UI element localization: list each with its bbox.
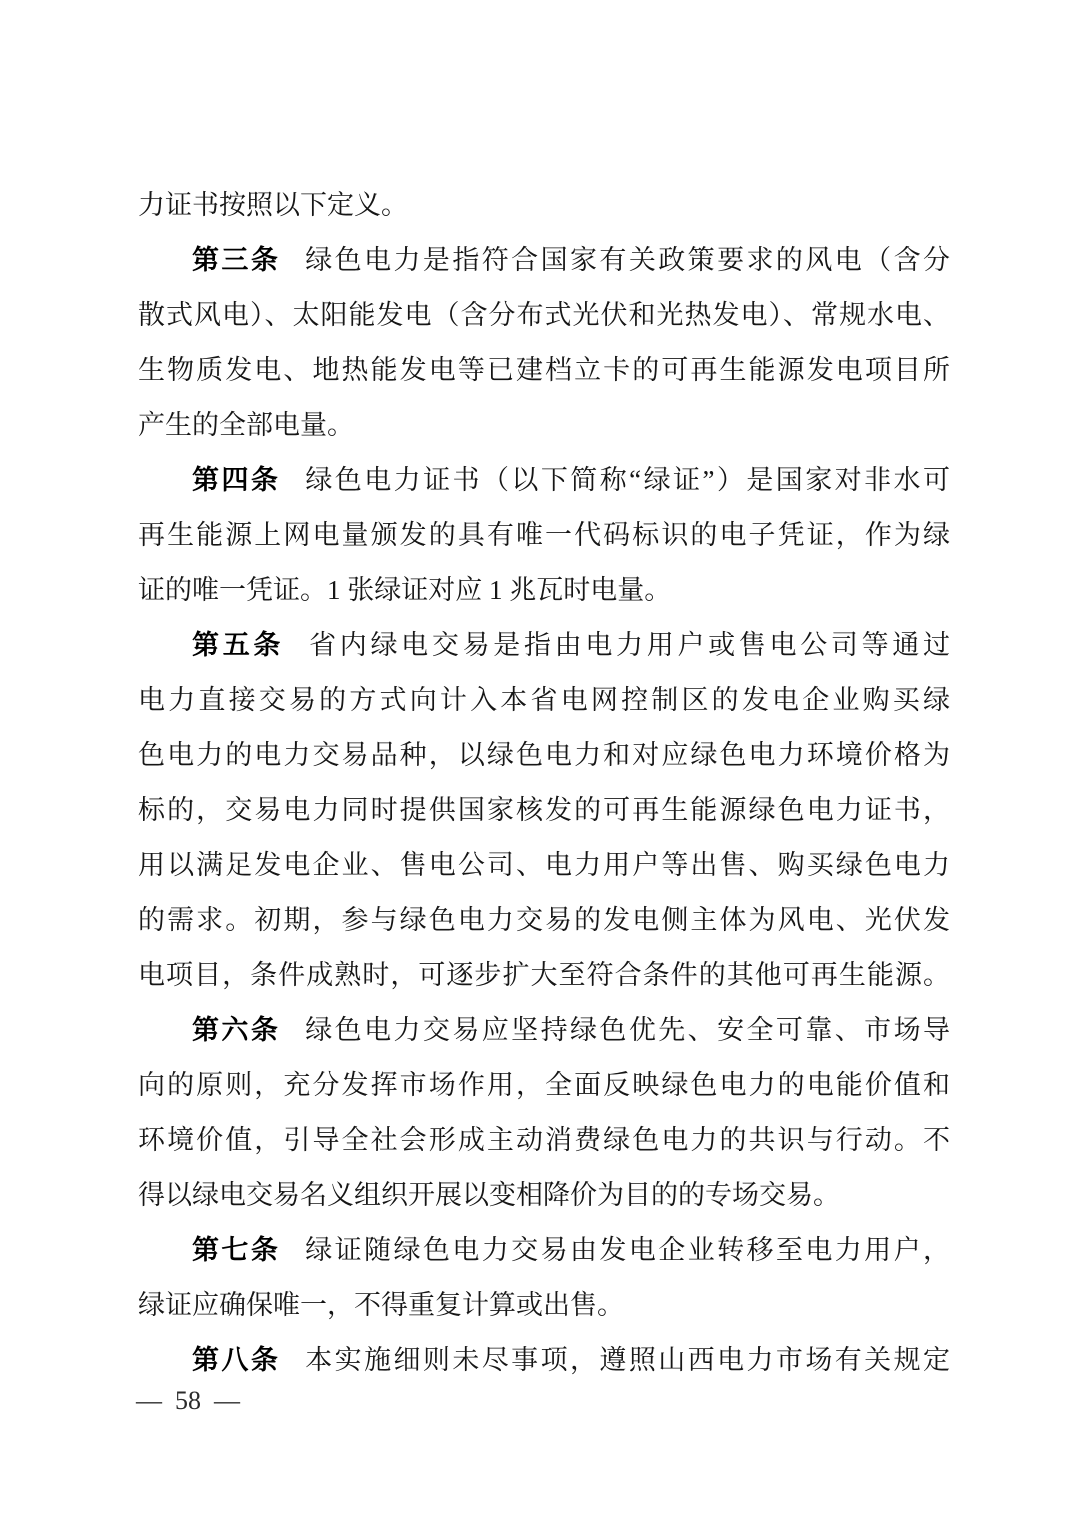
line-text: 绿证随绿色电力交易由发电企业转移至电力用户， bbox=[305, 1235, 950, 1265]
document-line: 第三条绿色电力是指符合国家有关政策要求的风电（含分 bbox=[138, 233, 950, 288]
line-text: 散式风电）、太阳能发电（含分布式光伏和光热发电）、常规水电、 bbox=[138, 300, 950, 330]
document-line: 环境价值，引导全社会形成主动消费绿色电力的共识与行动。不 bbox=[138, 1113, 950, 1168]
line-text: 用以满足发电企业、售电公司、电力用户等出售、购买绿色电力 bbox=[138, 850, 950, 880]
document-line: 的需求。初期，参与绿色电力交易的发电侧主体为风电、光伏发 bbox=[138, 893, 950, 948]
article-number: 第六条 bbox=[192, 1015, 280, 1045]
document-line: 产生的全部电量。 bbox=[138, 398, 950, 453]
line-text: 力证书按照以下定义。 bbox=[138, 190, 408, 220]
document-line: 用以满足发电企业、售电公司、电力用户等出售、购买绿色电力 bbox=[138, 838, 950, 893]
line-text: 再生能源上网电量颁发的具有唯一代码标识的电子凭证，作为绿 bbox=[138, 520, 950, 550]
line-text: 证的唯一凭证。1 张绿证对应 1 兆瓦时电量。 bbox=[138, 575, 671, 605]
document-line: 第五条省内绿电交易是指由电力用户或售电公司等通过 bbox=[138, 618, 950, 673]
line-text: 得以绿电交易名义组织开展以变相降价为目的的专场交易。 bbox=[138, 1180, 840, 1210]
article-number: 第四条 bbox=[192, 465, 280, 495]
document-line: 标的，交易电力同时提供国家核发的可再生能源绿色电力证书， bbox=[138, 783, 950, 838]
line-text: 省内绿电交易是指由电力用户或售电公司等通过 bbox=[309, 630, 950, 660]
line-text: 绿色电力交易应坚持绿色优先、安全可靠、市场导 bbox=[305, 1015, 950, 1045]
line-text: 色电力的电力交易品种，以绿色电力和对应绿色电力环境价格为 bbox=[138, 740, 950, 770]
document-line: 色电力的电力交易品种，以绿色电力和对应绿色电力环境价格为 bbox=[138, 728, 950, 783]
document-line: 第六条绿色电力交易应坚持绿色优先、安全可靠、市场导 bbox=[138, 1003, 950, 1058]
line-text: 绿色电力是指符合国家有关政策要求的风电（含分 bbox=[305, 245, 950, 275]
document-line: 第七条绿证随绿色电力交易由发电企业转移至电力用户， bbox=[138, 1223, 950, 1278]
line-text: 环境价值，引导全社会形成主动消费绿色电力的共识与行动。不 bbox=[138, 1125, 950, 1155]
line-text: 产生的全部电量。 bbox=[138, 410, 354, 440]
line-text: 电力直接交易的方式向计入本省电网控制区的发电企业购买绿 bbox=[138, 685, 950, 715]
document-body: 力证书按照以下定义。第三条绿色电力是指符合国家有关政策要求的风电（含分散式风电）… bbox=[138, 178, 950, 1388]
document-line: 生物质发电、地热能发电等已建档立卡的可再生能源发电项目所 bbox=[138, 343, 950, 398]
footer-dash-right: — bbox=[214, 1386, 240, 1415]
article-number: 第三条 bbox=[192, 245, 280, 275]
footer-dash-left: — bbox=[136, 1386, 162, 1415]
line-text: 生物质发电、地热能发电等已建档立卡的可再生能源发电项目所 bbox=[138, 355, 950, 385]
document-line: 得以绿电交易名义组织开展以变相降价为目的的专场交易。 bbox=[138, 1168, 950, 1223]
document-line: 再生能源上网电量颁发的具有唯一代码标识的电子凭证，作为绿 bbox=[138, 508, 950, 563]
line-text: 的需求。初期，参与绿色电力交易的发电侧主体为风电、光伏发 bbox=[138, 905, 950, 935]
article-number: 第八条 bbox=[192, 1345, 280, 1375]
line-text: 电项目，条件成熟时，可逐步扩大至符合条件的其他可再生能源。 bbox=[138, 960, 950, 990]
document-line: 向的原则，充分发挥市场作用，全面反映绿色电力的电能价值和 bbox=[138, 1058, 950, 1113]
document-line: 第四条绿色电力证书（以下简称“绿证”）是国家对非水可 bbox=[138, 453, 950, 508]
document-line: 第八条本实施细则未尽事项，遵照山西电力市场有关规定 bbox=[138, 1333, 950, 1388]
line-text: 绿色电力证书（以下简称“绿证”）是国家对非水可 bbox=[305, 465, 950, 495]
article-number: 第五条 bbox=[192, 630, 284, 660]
document-line: 力证书按照以下定义。 bbox=[138, 178, 950, 233]
line-text: 向的原则，充分发挥市场作用，全面反映绿色电力的电能价值和 bbox=[138, 1070, 950, 1100]
document-line: 电力直接交易的方式向计入本省电网控制区的发电企业购买绿 bbox=[138, 673, 950, 728]
page-footer: —58— bbox=[136, 1386, 240, 1416]
document-line: 电项目，条件成熟时，可逐步扩大至符合条件的其他可再生能源。 bbox=[138, 948, 950, 1003]
page-number: 58 bbox=[175, 1386, 201, 1415]
line-text: 标的，交易电力同时提供国家核发的可再生能源绿色电力证书， bbox=[138, 795, 950, 825]
document-page: 力证书按照以下定义。第三条绿色电力是指符合国家有关政策要求的风电（含分散式风电）… bbox=[0, 0, 1080, 1527]
line-text: 绿证应确保唯一，不得重复计算或出售。 bbox=[138, 1290, 624, 1320]
line-text: 本实施细则未尽事项，遵照山西电力市场有关规定 bbox=[305, 1345, 950, 1375]
document-line: 绿证应确保唯一，不得重复计算或出售。 bbox=[138, 1278, 950, 1333]
article-number: 第七条 bbox=[192, 1235, 280, 1265]
document-line: 证的唯一凭证。1 张绿证对应 1 兆瓦时电量。 bbox=[138, 563, 950, 618]
document-line: 散式风电）、太阳能发电（含分布式光伏和光热发电）、常规水电、 bbox=[138, 288, 950, 343]
